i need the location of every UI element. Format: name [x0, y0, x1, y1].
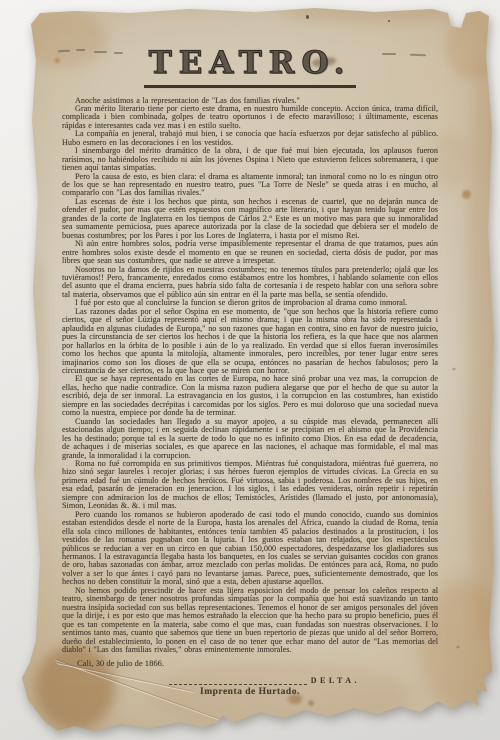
ink-speck: [240, 9, 242, 11]
article-paragraph: Gran mérito literario tiene por cierto e…: [62, 105, 438, 130]
margin-asterisk: *: [456, 644, 460, 653]
article-paragraph: Pero la causa de esto, es bien clara: el…: [62, 173, 438, 198]
stain-top-edge: [280, 2, 460, 24]
rust-spot-small: [55, 58, 60, 63]
article-body: Anoche asistimos a la representacion de …: [62, 97, 438, 655]
ink-speck: [306, 15, 309, 19]
stain-top-right-corner: [446, 8, 498, 80]
article-paragraph: El que se haya representado en las corte…: [62, 375, 438, 417]
colophon: Cali, 30 de julio de 1866. DELTA. Impren…: [62, 658, 438, 702]
article-paragraph: Cuando las sociedades han llegado a su m…: [62, 418, 438, 460]
masthead: TEATRO.: [62, 46, 438, 88]
article-paragraph: Las escenas de éste i los hechos que pin…: [62, 198, 438, 240]
page-title: TEATRO.: [149, 46, 352, 80]
author-signature: DELTA.: [311, 676, 360, 685]
photo-backdrop: * * TEATRO. Anoche asistimos a la repres…: [0, 0, 500, 740]
dateline: Cali, 30 de julio de 1866.: [77, 658, 438, 668]
article-paragraph: Nosotros no la damos de rijidos en nuest…: [62, 266, 438, 300]
printed-content: TEATRO. Anoche asistimos a la representa…: [62, 46, 438, 654]
imprint-rule: [169, 684, 307, 685]
stain-right-edge: [468, 60, 500, 640]
margin-asterisk: *: [452, 366, 456, 375]
printer-imprint: Imprenta de Hurtado.: [200, 687, 300, 697]
article-paragraph: Ni aún entre hombres solos, podría verse…: [62, 240, 438, 265]
title-rule: [144, 85, 356, 88]
article-paragraph: No hemos podido prescindir de hacer esta…: [62, 587, 438, 655]
article-paragraph: Las razones dadas por el señor Ospina en…: [62, 308, 438, 376]
stain-left-edge: [24, 260, 46, 480]
paper-sheet: * * TEATRO. Anoche asistimos a la repres…: [0, 0, 500, 740]
article-paragraph: I sinembargo del mérito dramático de la …: [62, 147, 438, 172]
paper-wrapper: * * TEATRO. Anoche asistimos a la repres…: [0, 0, 500, 740]
ink-speck: [388, 20, 390, 22]
rust-spot: [462, 190, 471, 199]
article-paragraph: La compañía en jeneral, trabajó mui bien…: [62, 130, 438, 147]
colophon-row: DELTA. Imprenta de Hurtado.: [62, 668, 438, 702]
article-paragraph: Roma no fué corrompida en sus primitivos…: [62, 460, 438, 511]
article-paragraph: Pero cuando los romanos se hubieron apod…: [62, 511, 438, 587]
